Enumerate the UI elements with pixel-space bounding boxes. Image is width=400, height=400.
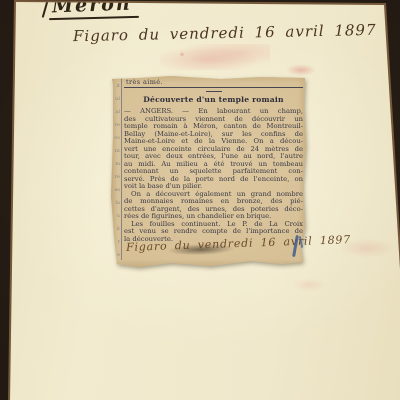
clipping-column: très aimé. Découverte d'un temple romain…: [124, 78, 303, 243]
section-dash: [206, 91, 222, 92]
handwritten-source-line: Figaro du vendredi 16 avril 1897: [73, 21, 377, 45]
red-stain: [160, 44, 270, 70]
paper-sheet: Méron Figaro du vendredi 16 avril 1897 i…: [0, 0, 400, 400]
title-ink-stroke: [42, 0, 51, 18]
margin-fragment: al: [111, 106, 120, 119]
margin-fragment: e: [111, 249, 120, 262]
margin-fragment: co: [111, 132, 120, 145]
margin-fragment: la: [111, 197, 120, 210]
article-separator-rule: [124, 87, 303, 88]
margin-fragment: re: [111, 119, 120, 132]
margin-fragment: it: [111, 80, 120, 93]
margin-fragment: ré: [111, 171, 120, 184]
margin-fragment: nt: [111, 145, 120, 158]
red-stain: [286, 64, 316, 76]
margin-fragment: r: [111, 236, 120, 249]
clipping-margin-column: itulalrecontmréeslauitre: [111, 80, 120, 262]
article-headline: Découverte d'un temple romain: [124, 95, 303, 104]
previous-article-fragment: très aimé.: [124, 78, 303, 86]
column-rule: [121, 78, 122, 260]
red-stain: [292, 278, 326, 292]
margin-fragment: m: [111, 158, 120, 171]
margin-fragment: ul: [111, 93, 120, 106]
article-body: — ANGERS. — En labourant un champ,des cu…: [124, 108, 303, 243]
margin-fragment: u: [111, 210, 120, 223]
margin-fragment: it: [111, 223, 120, 236]
margin-fragment: es: [111, 184, 120, 197]
